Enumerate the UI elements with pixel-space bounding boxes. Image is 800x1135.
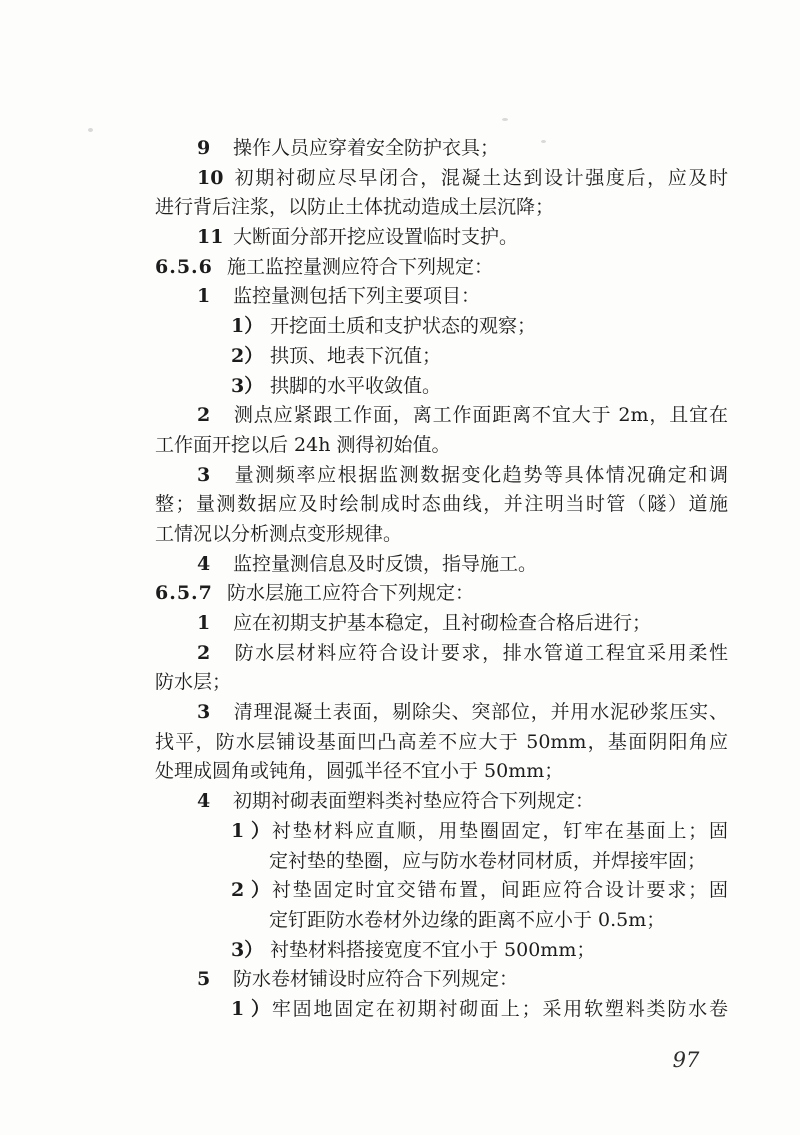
sub-item-number: 1） (231, 995, 270, 1025)
item-number: 4 (197, 550, 233, 580)
text-continuation-line: 找平，防水层铺设基面凹凸高差不应大于 50mm，基面阴阳角应 (155, 728, 728, 758)
numbered-item-line: 2防水层材料应符合设计要求，排水管道工程宜采用柔性 (155, 639, 728, 669)
item-number: 3 (197, 461, 233, 491)
item-number: 1 (197, 609, 233, 639)
line-text: 初期衬砌表面塑料类衬垫应符合下列规定： (233, 790, 594, 812)
line-text: 衬垫固定时宜交错布置，间距应符合设计要求；固 (270, 879, 728, 901)
item-number: 2 (197, 639, 233, 669)
sub-item-number: 1） (231, 312, 270, 342)
line-text: 监控量测包括下列主要项目： (233, 285, 480, 307)
line-text: 防水卷材铺设时应符合下列规定： (233, 968, 518, 990)
page-number: 97 (668, 1048, 704, 1072)
sub-item-line: 1）衬垫材料应直顺，用垫圈固定，钉牢在基面上；固 (155, 817, 728, 847)
sub-item-number: 3） (231, 372, 270, 402)
line-text: 进行背后注浆，以防止土体扰动造成土层沉降； (155, 196, 554, 218)
sub-item-line: 3）拱脚的水平收敛值。 (155, 372, 728, 402)
line-text: 应在初期支护基本稳定，且衬砌检查合格后进行； (233, 612, 651, 634)
numbered-item-line: 10初期衬砌应尽早闭合，混凝土达到设计强度后，应及时 (155, 164, 728, 194)
sub-item-number: 1） (231, 817, 270, 847)
numbered-item-line: 3量测频率应根据监测数据变化趋势等具体情况确定和调 (155, 461, 728, 491)
line-text: 防水层材料应符合设计要求，排水管道工程宜采用柔性 (233, 642, 728, 664)
sub-item-number: 2） (231, 876, 270, 906)
item-number: 4 (197, 787, 233, 817)
line-text: 衬垫材料搭接宽度不宜小于 500mm； (270, 939, 595, 961)
line-text: 开挖面土质和支护状态的观察； (270, 315, 536, 337)
line-text: 防水层； (155, 671, 231, 693)
line-text: 牢固地固定在初期衬砌面上；采用软塑料类防水卷 (270, 998, 728, 1020)
line-text: 监控量测信息及时反馈，指导施工。 (233, 553, 537, 575)
item-number: 1 (197, 282, 233, 312)
item-number: 10 (197, 164, 233, 194)
line-text: 工作面开挖以后 24h 测得初始值。 (155, 434, 451, 456)
numbered-item-line: 11大断面分部开挖应设置临时支护。 (155, 223, 728, 253)
item-number: 9 (197, 134, 233, 164)
sub-item-line: 2）衬垫固定时宜交错布置，间距应符合设计要求；固 (155, 876, 728, 906)
numbered-item-line: 3清理混凝土表面，剔除尖、突部位，并用水泥砂浆压实、 (155, 698, 728, 728)
numbered-item-line: 2测点应紧跟工作面，离工作面距离不宜大于 2m，且宜在 (155, 401, 728, 431)
scan-speck (88, 128, 93, 132)
text-continuation-line: 处理成圆角或钝角，圆弧半径不宜小于 50mm； (155, 757, 728, 787)
section-heading-line: 6.5.7防水层施工应符合下列规定： (155, 579, 728, 609)
item-number: 5 (197, 965, 233, 995)
item-number: 11 (197, 223, 233, 253)
line-text: 定衬垫的垫圈，应与防水卷材同材质，并焊接牢固； (269, 850, 706, 872)
line-text: 测点应紧跟工作面，离工作面距离不宜大于 2m，且宜在 (233, 404, 728, 426)
line-text: 初期衬砌应尽早闭合，混凝土达到设计强度后，应及时 (233, 167, 728, 189)
item-number: 3 (197, 698, 233, 728)
line-text: 拱顶、地表下沉值； (270, 345, 441, 367)
clause-number: 6.5.7 (155, 579, 227, 609)
line-text: 大断面分部开挖应设置临时支护。 (233, 226, 518, 248)
document-page: 9操作人员应穿着安全防护衣具；10初期衬砌应尽早闭合，混凝土达到设计强度后，应及… (0, 0, 800, 1135)
sub-item-line: 1）牢固地固定在初期衬砌面上；采用软塑料类防水卷 (155, 995, 728, 1025)
line-text: 清理混凝土表面，剔除尖、突部位，并用水泥砂浆压实、 (233, 701, 728, 723)
numbered-item-line: 1应在初期支护基本稳定，且衬砌检查合格后进行； (155, 609, 728, 639)
numbered-item-line: 4监控量测信息及时反馈，指导施工。 (155, 550, 728, 580)
line-text: 量测频率应根据监测数据变化趋势等具体情况确定和调 (233, 464, 728, 486)
text-continuation-line: 防水层； (155, 668, 728, 698)
document-text-block: 9操作人员应穿着安全防护衣具；10初期衬砌应尽早闭合，混凝土达到设计强度后，应及… (155, 134, 728, 1025)
line-text: 整；量测数据应及时绘制成时态曲线，并注明当时管（隧）道施 (155, 493, 728, 515)
text-continuation-line: 定衬垫的垫圈，应与防水卷材同材质，并焊接牢固； (155, 847, 728, 877)
line-text: 处理成圆角或钝角，圆弧半径不宜小于 50mm； (155, 760, 563, 782)
numbered-item-line: 5防水卷材铺设时应符合下列规定： (155, 965, 728, 995)
scan-speck (502, 118, 508, 121)
line-text: 找平，防水层铺设基面凹凸高差不应大于 50mm，基面阴阳角应 (155, 731, 728, 753)
sub-item-line: 1）开挖面土质和支护状态的观察； (155, 312, 728, 342)
text-continuation-line: 工情况以分析测点变形规律。 (155, 520, 728, 550)
sub-item-number: 3） (231, 936, 270, 966)
line-text: 操作人员应穿着安全防护衣具； (233, 137, 499, 159)
clause-number: 6.5.6 (155, 253, 227, 283)
sub-item-number: 2） (231, 342, 270, 372)
line-text: 拱脚的水平收敛值。 (270, 375, 441, 397)
text-continuation-line: 定钉距防水卷材外边缘的距离不应小于 0.5m； (155, 906, 728, 936)
line-text: 衬垫材料应直顺，用垫圈固定，钉牢在基面上；固 (270, 820, 728, 842)
section-heading-line: 6.5.6施工监控量测应符合下列规定： (155, 253, 728, 283)
sub-item-line: 2）拱顶、地表下沉值； (155, 342, 728, 372)
sub-item-line: 3）衬垫材料搭接宽度不宜小于 500mm； (155, 936, 728, 966)
line-text: 定钉距防水卷材外边缘的距离不应小于 0.5m； (269, 909, 665, 931)
line-text: 工情况以分析测点变形规律。 (155, 523, 402, 545)
line-text: 施工监控量测应符合下列规定： (227, 256, 493, 278)
numbered-item-line: 9操作人员应穿着安全防护衣具； (155, 134, 728, 164)
text-continuation-line: 进行背后注浆，以防止土体扰动造成土层沉降； (155, 193, 728, 223)
text-continuation-line: 整；量测数据应及时绘制成时态曲线，并注明当时管（隧）道施 (155, 490, 728, 520)
numbered-item-line: 4初期衬砌表面塑料类衬垫应符合下列规定： (155, 787, 728, 817)
text-continuation-line: 工作面开挖以后 24h 测得初始值。 (155, 431, 728, 461)
numbered-item-line: 1监控量测包括下列主要项目： (155, 282, 728, 312)
item-number: 2 (197, 401, 233, 431)
line-text: 防水层施工应符合下列规定： (227, 582, 474, 604)
